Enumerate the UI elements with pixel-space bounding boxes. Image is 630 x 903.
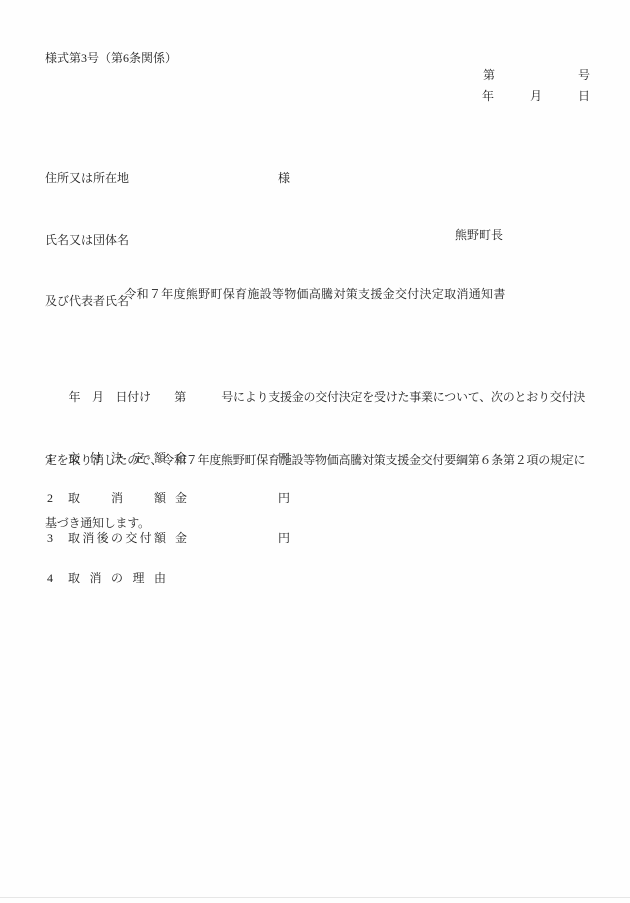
form-number-label: 様式第3号（第6条関係）	[45, 51, 177, 65]
date-day-label: 日	[578, 89, 590, 103]
item-label: 取消額	[68, 491, 166, 505]
addressee-block: 住所又は所在地 氏名又は団体名 及び代表者氏名	[45, 127, 129, 353]
item-label: 取消の理由	[68, 571, 166, 585]
item-number: 1	[47, 451, 53, 465]
sender-title: 熊野町長	[455, 228, 503, 242]
currency-suffix-label: 円	[278, 531, 290, 545]
addressee-line-address: 住所又は所在地	[45, 168, 129, 189]
currency-prefix-label: 金	[175, 531, 187, 545]
item-number: 3	[47, 531, 53, 545]
item-row-amount-after-cancellation: 3 取消後の交付額 金 円	[45, 531, 585, 545]
page-bottom-edge	[0, 897, 630, 898]
doc-number-line: 第 号	[483, 68, 590, 82]
item-row-granted-amount: 1 交付決定額 金 円	[45, 451, 585, 465]
addressee-line-name: 氏名又は団体名	[45, 230, 129, 251]
body-line-1: 年 月 日付け 第 号により支援金の交付決定を受けた事業について、次のとおり交付…	[45, 387, 597, 408]
document-title: 令和７年度熊野町保育施設等物価高騰対策支援金交付決定取消通知書	[0, 287, 630, 301]
item-label: 交付決定額	[68, 451, 166, 465]
doc-number-prefix-label: 第	[483, 68, 495, 82]
currency-prefix-label: 金	[175, 491, 187, 505]
currency-suffix-label: 円	[278, 491, 290, 505]
date-month-label: 月	[530, 89, 542, 103]
item-label: 取消後の交付額	[68, 531, 166, 545]
date-line: 年 月 日	[482, 89, 590, 103]
doc-number-suffix-label: 号	[578, 68, 590, 82]
item-row-cancelled-amount: 2 取消額 金 円	[45, 491, 585, 505]
item-row-cancellation-reason: 4 取消の理由	[45, 571, 585, 585]
document-page: 様式第3号（第6条関係） 第 号 年 月 日 住所又は所在地 氏名又は団体名 及…	[0, 0, 630, 903]
addressee-honorific: 様	[278, 171, 290, 185]
date-year-label: 年	[482, 89, 494, 103]
item-number: 2	[47, 491, 53, 505]
currency-prefix-label: 金	[175, 451, 187, 465]
item-number: 4	[47, 571, 53, 585]
currency-suffix-label: 円	[278, 451, 290, 465]
